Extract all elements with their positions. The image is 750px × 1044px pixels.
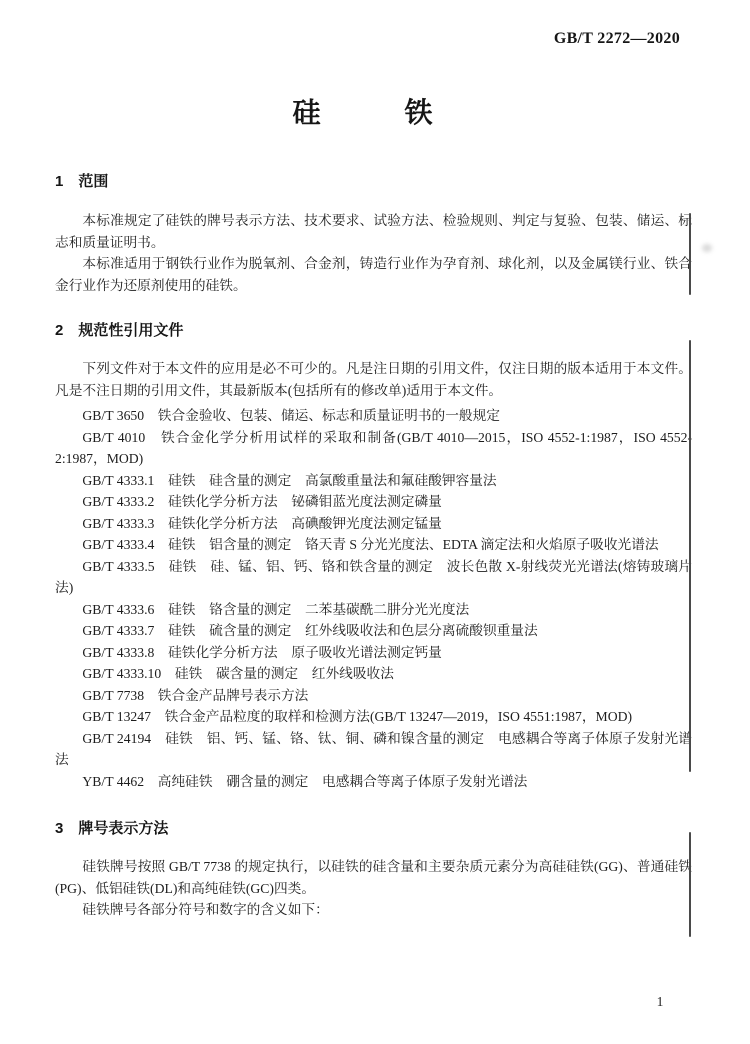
designation-paragraph-1: 硅铁牌号按照 GB/T 7738 的规定执行，以硅铁的硅含量和主要杂质元素分为高…: [55, 856, 692, 899]
reference-item: GB/T 3650 铁合金验收、包装、储运、标志和质量证明书的一般规定: [55, 405, 692, 427]
reference-item: GB/T 4333.8 硅铁化学分析方法 原子吸收光谱法测定钙量: [55, 642, 692, 664]
reference-item: GB/T 24194 硅铁 铝、钙、锰、铬、钛、铜、磷和镍含量的测定 电感耦合等…: [55, 728, 692, 771]
reference-item: GB/T 13247 铁合金产品粒度的取样和检测方法(GB/T 13247—20…: [55, 706, 692, 728]
reference-item: GB/T 4333.1 硅铁 硅含量的测定 高氯酸重量法和氟硅酸钾容量法: [55, 470, 692, 492]
title-char-right: 铁: [405, 97, 433, 129]
reference-item: GB/T 7738 铁合金产品牌号表示方法: [55, 685, 692, 707]
document-title: 硅 铁: [0, 97, 725, 129]
normative-references-intro: 下列文件对于本文件的应用是必不可少的。凡是注日期的引用文件，仅注日期的版本适用于…: [55, 358, 692, 401]
reference-item: GB/T 4010 铁合金化学分析用试样的采取和制备(GB/T 4010—201…: [55, 427, 692, 470]
reference-item: GB/T 4333.2 硅铁化学分析方法 铋磷钼蓝光度法测定磷量: [55, 491, 692, 513]
document-page: GB/T 2272—2020 硅 铁 1范围 本标准规定了硅铁的牌号表示方法、技…: [0, 0, 750, 1044]
scope-paragraph-1: 本标准规定了硅铁的牌号表示方法、技术要求、试验方法、检验规则、判定与复验、包装、…: [55, 210, 692, 253]
designation-paragraph-2: 硅铁牌号各部分符号和数字的含义如下：: [55, 899, 692, 921]
reference-item: GB/T 4333.3 硅铁化学分析方法 高碘酸钾光度法测定锰量: [55, 513, 692, 535]
section-number: 3: [55, 820, 63, 838]
reference-item: GB/T 4333.6 硅铁 铬含量的测定 二苯基碳酰二肼分光光度法: [55, 599, 692, 621]
page-number: 1: [648, 994, 672, 1010]
scope-paragraph-2: 本标准适用于钢铁行业作为脱氧剂、合金剂，铸造行业作为孕育剂、球化剂，以及金属镁行…: [55, 253, 692, 296]
section-heading-text: 规范性引用文件: [78, 322, 183, 339]
section-heading-text: 范围: [78, 173, 108, 190]
reference-item: GB/T 4333.4 硅铁 铝含量的测定 铬天青 S 分光光度法、EDTA 滴…: [55, 534, 692, 556]
reference-item: GB/T 4333.10 硅铁 碳含量的测定 红外线吸收法: [55, 663, 692, 685]
section-number: 1: [55, 173, 63, 191]
scan-artifact-line: [689, 213, 691, 295]
title-char-left: 硅: [292, 97, 320, 129]
document-body: 1范围 本标准规定了硅铁的牌号表示方法、技术要求、试验方法、检验规则、判定与复验…: [55, 173, 692, 921]
scan-artifact-line: [689, 340, 691, 772]
section-number: 2: [55, 322, 63, 340]
reference-item: GB/T 4333.5 硅铁 硅、锰、铝、钙、铬和铁含量的测定 波长色散 X-射…: [55, 556, 692, 599]
scan-artifact-smudge: [702, 244, 712, 252]
standard-code: GB/T 2272—2020: [0, 30, 680, 48]
section-3-heading: 3牌号表示方法: [55, 820, 692, 838]
section-2-heading: 2规范性引用文件: [55, 322, 692, 340]
normative-references-list: GB/T 3650 铁合金验收、包装、储运、标志和质量证明书的一般规定 GB/T…: [55, 405, 692, 792]
reference-item: GB/T 4333.7 硅铁 硫含量的测定 红外线吸收法和色层分离硫酸钡重量法: [55, 620, 692, 642]
section-1-heading: 1范围: [55, 173, 692, 191]
scan-artifact-line: [689, 832, 691, 937]
reference-item: YB/T 4462 高纯硅铁 硼含量的测定 电感耦合等离子体原子发射光谱法: [55, 771, 692, 793]
section-heading-text: 牌号表示方法: [78, 820, 168, 837]
